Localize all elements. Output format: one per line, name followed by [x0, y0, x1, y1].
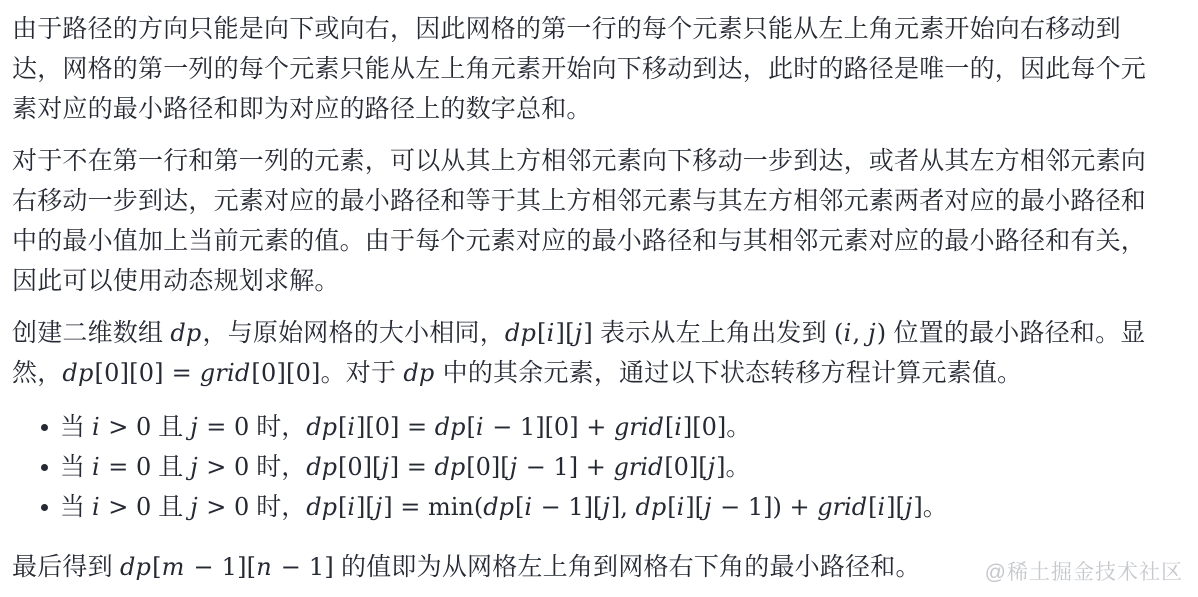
inline-math: i = 0 [92, 453, 151, 481]
inline-math: dp [170, 319, 202, 347]
inline-math: dp[0][0] = grid[0][0] [62, 359, 320, 387]
list-item-case-first-column: 当 i > 0 且 j = 0 时，dp[i][0] = dp[i − 1][0… [60, 407, 1168, 447]
watermark: @稀土掘金技术社区 [985, 561, 1183, 585]
paragraph-dp-definition: 创建二维数组 dp，与原始网格的大小相同，dp[i][j] 表示从左上角出发到 … [12, 313, 1168, 393]
list-item-case-first-row: 当 i = 0 且 j > 0 时，dp[0][j] = dp[0][j − 1… [60, 447, 1168, 487]
inline-math: dp[0][j] = dp[0][j − 1] + grid[0][j] [306, 453, 725, 481]
inline-math: dp[m − 1][n − 1] [120, 553, 334, 581]
paragraph-unique-path: 由于路径的方向只能是向下或向右，因此网格的第一行的每个元素只能从左上角元素开始向… [12, 9, 1168, 129]
inline-math: dp[i][j] = min(dp[i − 1][j], dp[i][j − 1… [306, 493, 922, 521]
article: 由于路径的方向只能是向下或向右，因此网格的第一行的每个元素只能从左上角元素开始向… [0, 0, 1198, 587]
inline-math: j = 0 [190, 413, 249, 441]
inline-math: i > 0 [92, 413, 151, 441]
inline-math: (i, j) [834, 319, 886, 347]
inline-math: i > 0 [92, 493, 151, 521]
list-item-case-general: 当 i > 0 且 j > 0 时，dp[i][j] = min(dp[i − … [60, 487, 1168, 527]
paragraph-inner-elements: 对于不在第一行和第一列的元素，可以从其上方相邻元素向下移动一步到达，或者从其左方… [12, 141, 1168, 301]
inline-math: dp[i][j] [505, 319, 593, 347]
inline-math: dp [403, 359, 435, 387]
inline-math: dp[i][0] = dp[i − 1][0] + grid[i][0] [306, 413, 726, 441]
inline-math: j > 0 [190, 493, 249, 521]
state-transition-list: 当 i > 0 且 j = 0 时，dp[i][0] = dp[i − 1][0… [12, 407, 1168, 527]
inline-math: j > 0 [190, 453, 249, 481]
